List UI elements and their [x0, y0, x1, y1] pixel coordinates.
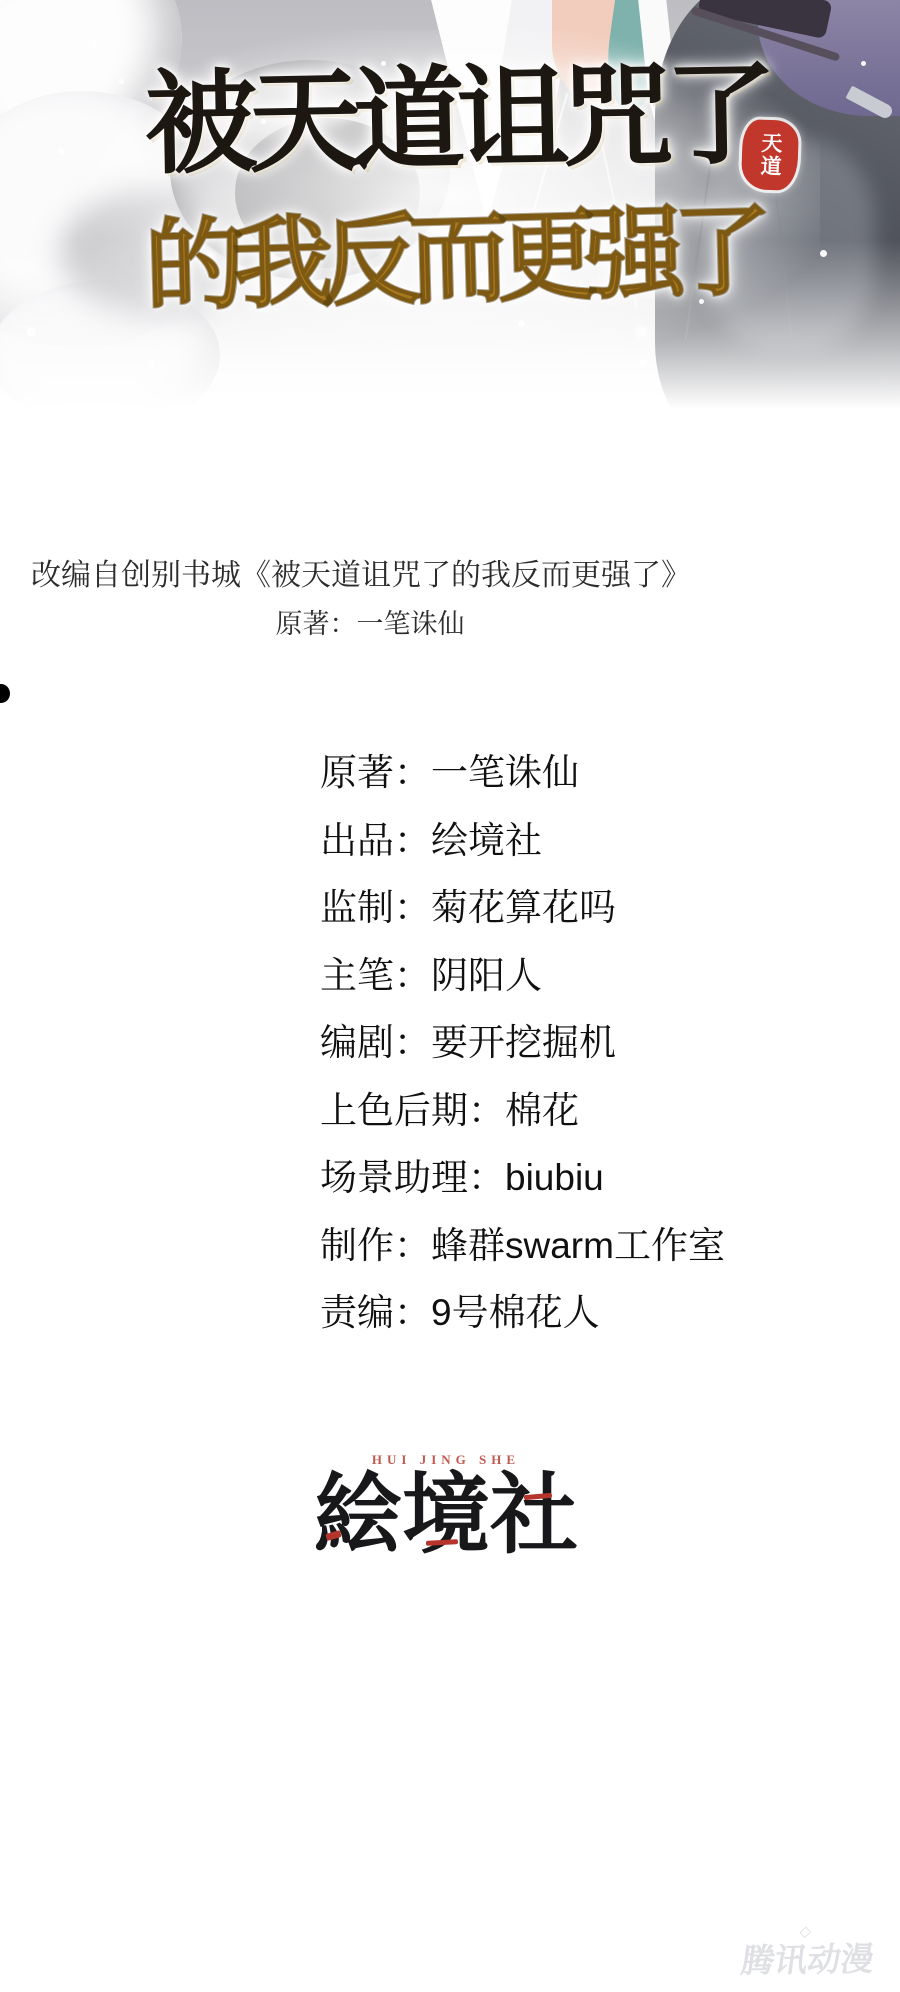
comic-credits-page: 被天道诅咒了 的我反而更强了 天道 改编自创别书城《被天道诅咒了的我反而更强了》… [0, 0, 900, 1992]
credit-value: 一笔诛仙 [431, 752, 579, 793]
credit-label: 编剧： [320, 1022, 431, 1063]
credit-row: 主笔：阴阳人 [320, 954, 725, 1022]
credit-value: 9号棉花人 [431, 1292, 600, 1333]
edge-dot [0, 684, 10, 703]
seal-text: 天道 [759, 132, 782, 179]
credit-row: 原著：一笔诛仙 [320, 751, 725, 819]
credit-value: 绘境社 [431, 820, 542, 861]
tencent-comics-watermark: ◇ 腾讯动漫 [738, 1933, 895, 1983]
credit-label: 场景助理： [320, 1157, 505, 1198]
studio-logo-name: 絵境社 [310, 1468, 582, 1567]
original-author-line: 原著：一笔诛仙 [0, 602, 740, 641]
credit-row: 出品：绘境社 [320, 819, 725, 887]
credit-value: 要开挖掘机 [431, 1022, 616, 1063]
credit-row: 制作：蜂群swarm工作室 [320, 1224, 725, 1292]
credits-list: 原著：一笔诛仙 出品：绘境社 监制：菊花算花吗 主笔：阴阳人 编剧：要开挖掘机 … [320, 751, 725, 1359]
studio-logo: HUI JING SHE 絵境社 [310, 1452, 582, 1567]
credit-row: 监制：菊花算花吗 [320, 886, 725, 954]
credit-row: 编剧：要开挖掘机 [320, 1021, 725, 1089]
credit-row: 场景助理：biubiu [320, 1156, 725, 1224]
credit-label: 出品： [320, 820, 431, 861]
studio-logo-romanized: HUI JING SHE [310, 1452, 582, 1468]
credit-label: 主笔： [320, 955, 431, 996]
credit-value: 菊花算花吗 [431, 887, 616, 928]
qq-diamond-icon: ◇ [798, 1922, 812, 1940]
adapted-from-line: 改编自创别书城《被天道诅咒了的我反而更强了》 [0, 550, 722, 594]
credit-label: 责编： [320, 1292, 431, 1333]
watermark-text: 腾讯动漫 [739, 1940, 877, 1979]
credit-label: 上色后期： [320, 1090, 505, 1131]
credit-row: 上色后期：棉花 [320, 1089, 725, 1157]
title-calligraphy-line2: 的我反而更强了 [144, 194, 787, 326]
studio-logo-text: 絵境社 [314, 1468, 578, 1565]
sparkle-dots [0, 0, 3, 3]
credit-value: biubiu [505, 1157, 604, 1198]
title-calligraphy-line1: 被天道诅咒了 [144, 51, 766, 191]
red-seal-stamp-icon: 天道 [741, 119, 799, 191]
credit-value: 阴阳人 [431, 955, 542, 996]
credit-value: 蜂群swarm工作室 [431, 1225, 725, 1266]
credit-label: 监制： [320, 887, 431, 928]
credit-row: 责编：9号棉花人 [320, 1291, 725, 1359]
credit-label: 原著： [320, 752, 431, 793]
credit-value: 棉花 [505, 1090, 579, 1131]
credit-label: 制作： [320, 1225, 431, 1266]
